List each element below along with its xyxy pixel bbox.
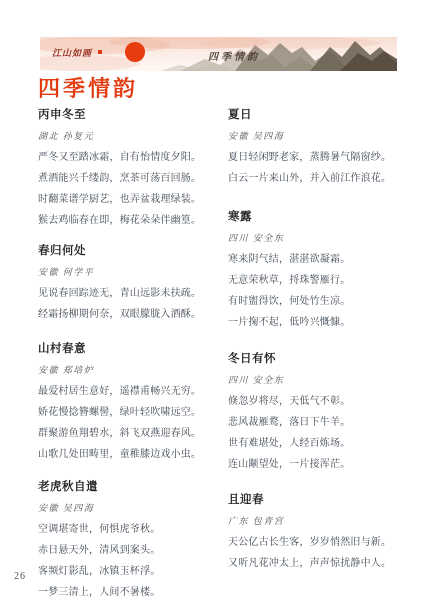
poem-shancun-chunyi: 山村春意 安徽 郑培炉 最爱村居生意好，遥襟甫畅兴无穷。 娇花慢捻簪螺髻，绿叶轻… <box>38 340 222 465</box>
poem-author: 安徽 吴四海 <box>228 129 412 142</box>
poem-column-left: 丙申冬至 湖北 孙复元 严冬又至踏冰霜，自有怡情度夕阳。 煮酒能兴千缕韵，烹茶可… <box>38 106 222 600</box>
poem-line: 煮酒能兴千缕韵，烹茶可荡百回肠。 <box>38 168 222 189</box>
header-banner: 江山如画 四季情韵 <box>40 37 397 71</box>
poem-author: 安徽 郑培炉 <box>38 363 222 376</box>
poem-line: 时翻菜谱学厨艺，也弄盆栽理绿装。 <box>38 189 222 210</box>
poem-title: 夏日 <box>228 106 412 122</box>
poem-title: 山村春意 <box>38 340 222 356</box>
poem-line: 天公亿古长生客，岁岁悄然旧与新。 <box>228 532 412 553</box>
poem-line: 连山颙望处，一片接浑茫。 <box>228 454 412 475</box>
poem-line: 夏日轻闲野老家，蒸腾暑气隔窗纱。 <box>228 147 412 168</box>
poem-column-right: 夏日 安徽 吴四海 夏日轻闲野老家，蒸腾暑气隔窗纱。 白云一片来山外，并入前江作… <box>228 106 412 574</box>
banner-title: 四季情韵 <box>208 48 260 63</box>
poem-title: 且迎春 <box>228 491 412 507</box>
poem-line: 最爱村居生意好，遥襟甫畅兴无穷。 <box>38 381 222 402</box>
poem-line: 倏忽岁将尽，天低气不彰。 <box>228 391 412 412</box>
poem-line: 群聚游鱼翔碧水，斜飞双燕迎春风。 <box>38 423 222 444</box>
poem-title: 丙申冬至 <box>38 106 222 122</box>
poem-xiari: 夏日 安徽 吴四海 夏日轻闲野老家，蒸腾暑气隔窗纱。 白云一片来山外，并入前江作… <box>228 106 412 189</box>
poem-line: 一梦三清上，人间不暑楼。 <box>38 582 222 600</box>
poem-line: 寒来阴气结，湛湛欲凝霜。 <box>228 249 412 270</box>
sun-icon <box>125 42 145 62</box>
page-title: 四季情韵 <box>38 72 138 103</box>
poem-line: 空调堪寄世，何惧虎爷秋。 <box>38 519 222 540</box>
poem-line: 严冬又至踏冰霜，自有怡情度夕阳。 <box>38 147 222 168</box>
poem-author: 四川 安全东 <box>228 231 412 244</box>
poem-title: 寒露 <box>228 208 412 224</box>
poem-title: 老虎秋自遣 <box>38 478 222 494</box>
poem-chungui-hechu: 春归何处 安徽 何学平 见说春回踪迹无，青山远影未扶疏。 经霜扬柳期何奈，双眼朦… <box>38 242 222 325</box>
poem-dongri-youhuai: 冬日有怀 四川 安全东 倏忽岁将尽，天低气不彰。 悲风裁雁鹜，落日下牛羊。 世有… <box>228 350 412 475</box>
poem-line: 赤日悬天外，清风到案头。 <box>38 540 222 561</box>
poem-line: 悲风裁雁鹜，落日下牛羊。 <box>228 412 412 433</box>
poem-title: 春归何处 <box>38 242 222 258</box>
poem-author: 安徽 吴四海 <box>38 501 222 514</box>
poem-author: 广东 包青宫 <box>228 514 412 527</box>
banner-calligraphy: 江山如画 <box>52 46 92 59</box>
poem-line: 一片掬不起，低吟兴慨慷。 <box>228 312 412 333</box>
seal-icon <box>98 50 102 54</box>
poem-line: 娇花慢捻簪螺髻，绿叶轻吹啸远空。 <box>38 402 222 423</box>
poem-line: 客频灯影乱，冰镇玉杯浮。 <box>38 561 222 582</box>
poem-author: 湖北 孙复元 <box>38 129 222 142</box>
poem-line: 山歌几处田畴里，童稚膝边戏小虫。 <box>38 444 222 465</box>
poem-line: 世有难堪处，人经百炼场。 <box>228 433 412 454</box>
poem-line: 见说春回踪迹无，青山远影未扶疏。 <box>38 283 222 304</box>
poem-author: 四川 安全东 <box>228 373 412 386</box>
page-number: 26 <box>14 571 26 582</box>
poem-laohuqiu-ziqian: 老虎秋自遣 安徽 吴四海 空调堪寄世，何惧虎爷秋。 赤日悬天外，清风到案头。 客… <box>38 478 222 600</box>
poem-line: 无意荣秋草，捋珠警雁行。 <box>228 270 412 291</box>
poem-line: 有时盥得饮，何处竹生凉。 <box>228 291 412 312</box>
poem-line: 经霜扬柳期何奈，双眼朦胧入酒酥。 <box>38 304 222 325</box>
poem-hanlu: 寒露 四川 安全东 寒来阴气结，湛湛欲凝霜。 无意荣秋草，捋珠警雁行。 有时盥得… <box>228 208 412 333</box>
poem-line: 猴去鸡临春在即，梅花朵朵伴幽篁。 <box>38 210 222 231</box>
poem-title: 冬日有怀 <box>228 350 412 366</box>
poem-line: 白云一片来山外，并入前江作浪花。 <box>228 168 412 189</box>
poem-qieyingchun: 且迎春 广东 包青宫 天公亿古长生客，岁岁悄然旧与新。 又听凡花冲太上，声声惊扰… <box>228 491 412 574</box>
poem-bingshen-dongzhi: 丙申冬至 湖北 孙复元 严冬又至踏冰霜，自有怡情度夕阳。 煮酒能兴千缕韵，烹茶可… <box>38 106 222 231</box>
poem-author: 安徽 何学平 <box>38 265 222 278</box>
poem-line: 又听凡花冲太上，声声惊扰静中人。 <box>228 553 412 574</box>
